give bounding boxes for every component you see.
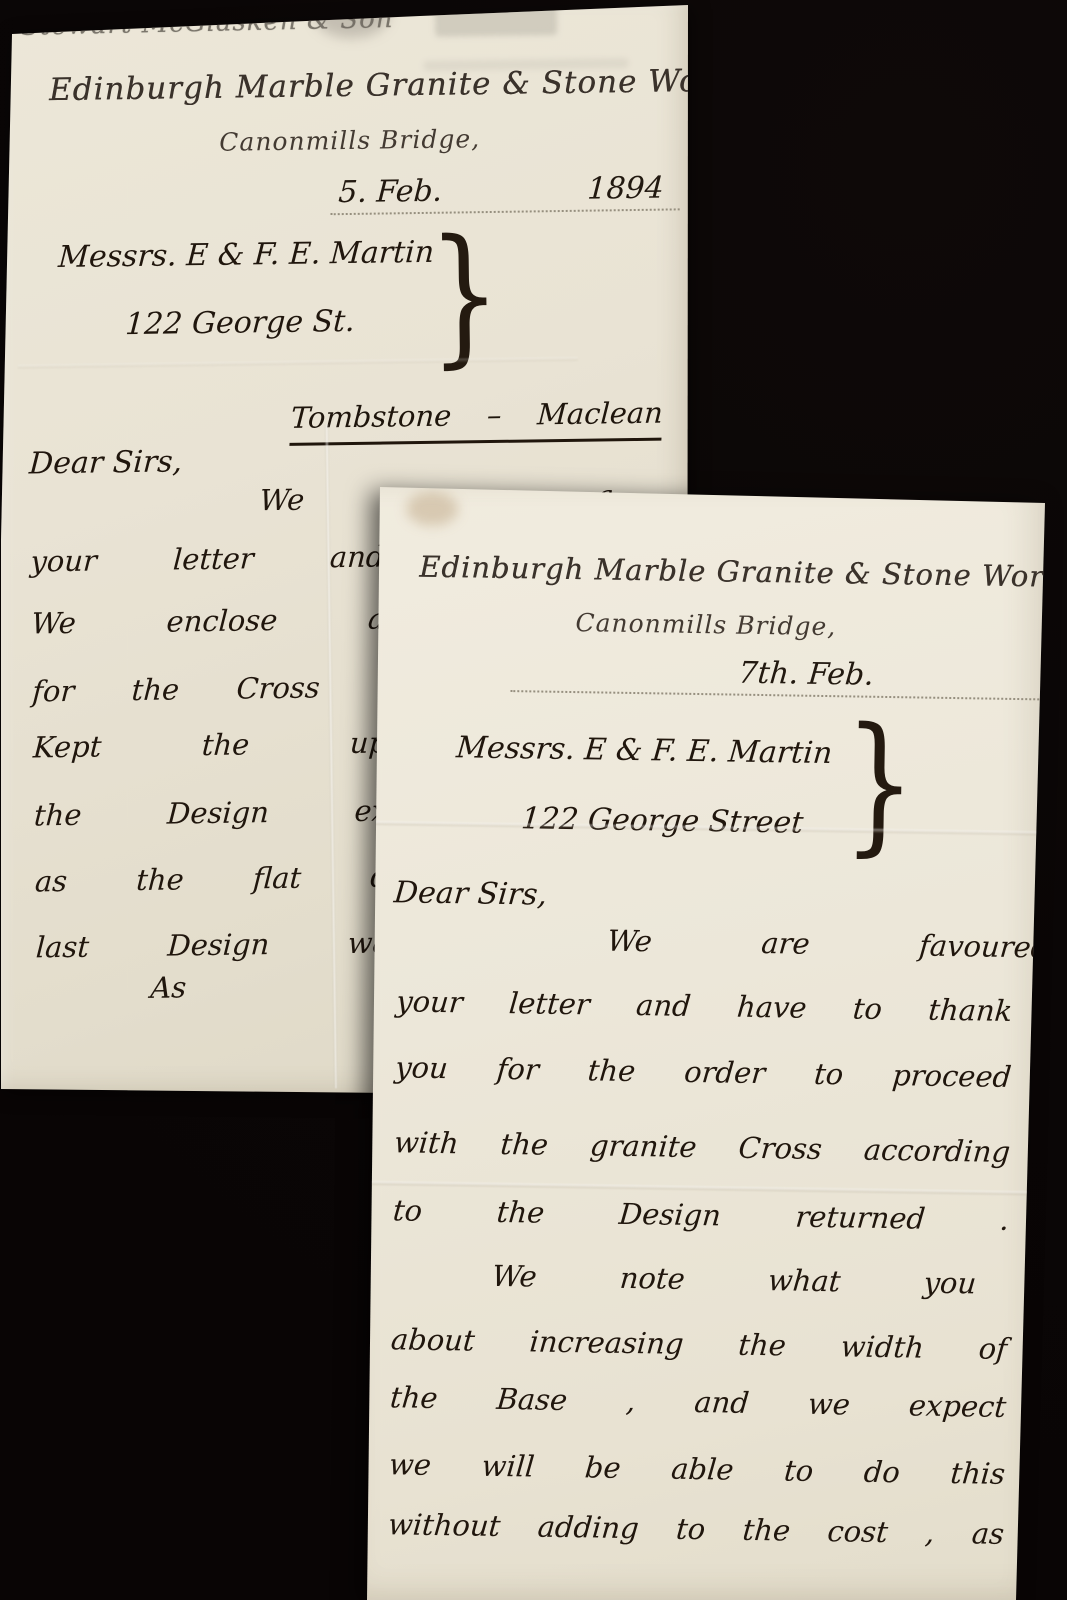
address-brace-front: } [843, 708, 917, 859]
date-year-back: 1894 [586, 171, 664, 207]
date-day-month-back: 5. Feb. [337, 174, 443, 210]
recipient-name-front: Messrs. E & F. E. Martin [455, 730, 834, 771]
body-line: your letter and have to thank [394, 978, 1014, 1034]
paper-stain [406, 491, 459, 526]
body-line: We note what you say [390, 1251, 1067, 1308]
salutation-back: Dear Sirs, [28, 444, 183, 481]
date-day-month-front: 7th. Feb. [737, 656, 875, 693]
letterhead-company-front: Edinburgh Marble Granite & Stone Work [419, 550, 994, 593]
body-line: Kept the up [32, 719, 389, 770]
subject-line: Tombstone – Maclean [289, 396, 663, 446]
letter-sheet-front: Edinburgh Marble Granite & Stone Work Ca… [340, 470, 1050, 1600]
letterhead-address-back: Canonmills Bridge, [50, 122, 650, 159]
body-line: the Design ex [33, 787, 390, 838]
body-line: We are favoured with [395, 914, 1067, 973]
show-through-mark [435, 5, 557, 37]
date-line-front: 7th. Feb. 1894 [510, 639, 1067, 704]
paper-front-surface: Edinburgh Marble Granite & Stone Work Ca… [340, 470, 1050, 1600]
recipient-street-back: 122 George St. [124, 304, 355, 342]
body-line: your letter and [29, 534, 386, 585]
recipient-name-back: Messrs. E & F. E. Martin [57, 235, 435, 275]
recipient-street-front: 122 George Street [520, 801, 805, 840]
body-line: you for the order to proceed [393, 1044, 1013, 1100]
body-line: the Base , and we expect [388, 1374, 1008, 1430]
body-line: without adding to the cost , as [386, 1501, 1006, 1557]
address-brace-back: } [428, 220, 502, 371]
body-line: We enclose a [30, 595, 387, 646]
photo-scene: Stewart McGlasken & Son Edinburgh Marble… [0, 0, 1067, 1600]
salutation-front: Dear Sirs, [393, 875, 549, 912]
body-line: about increasing the width of [389, 1316, 1009, 1372]
letterhead-address-front: Canonmills Bridge, [418, 606, 993, 644]
date-line-back: 5. Feb. 1894 [330, 157, 680, 215]
body-line: we will be able to do this [387, 1441, 1007, 1497]
letterhead-company-back: Edinburgh Marble Granite & Stone Work [49, 64, 649, 108]
body-line: with the granite Cross according [392, 1119, 1012, 1175]
body-line: as the flat d [34, 853, 391, 904]
body-line: to the Design returned . [391, 1187, 1066, 1243]
